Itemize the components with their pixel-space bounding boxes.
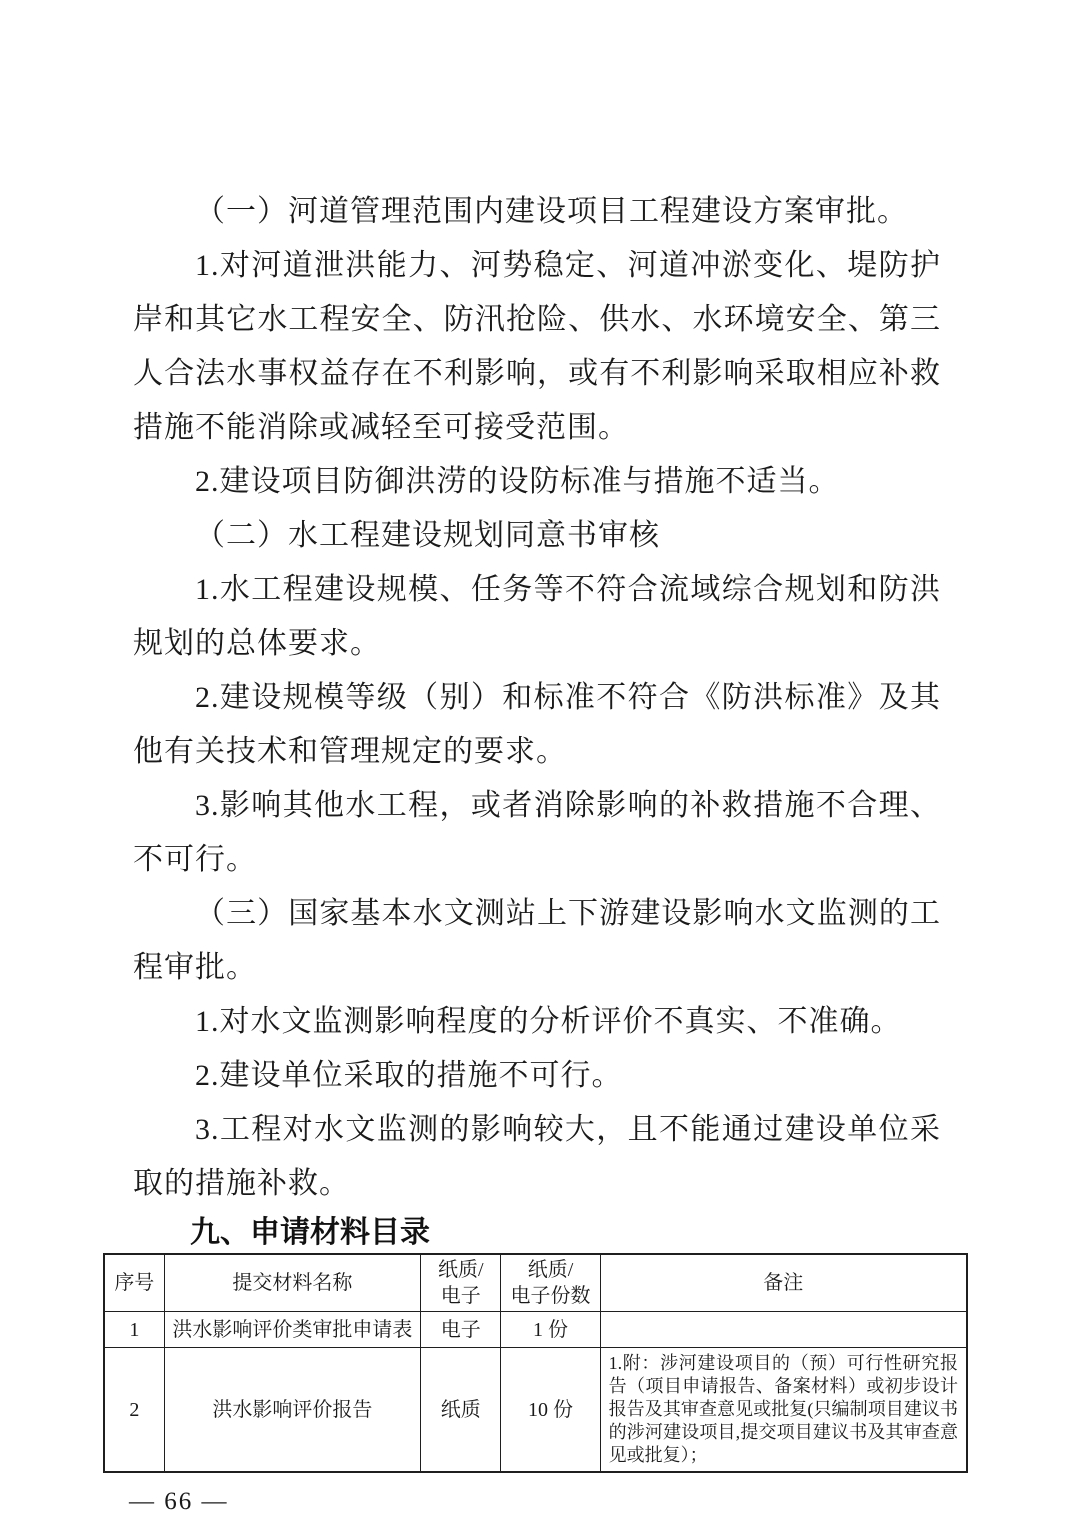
cell-copies: 10 份 <box>501 1348 600 1473</box>
body-paragraph: 3.工程对水文监测的影响较大，且不能通过建设单位采取的措施补救。 <box>133 1103 941 1211</box>
body-paragraph: 2.建设规模等级（别）和标准不符合《防洪标准》及其他有关技术和管理规定的要求。 <box>133 671 941 779</box>
body-paragraph: （一）河道管理范围内建设项目工程建设方案审批。 <box>133 185 941 239</box>
body-paragraph: 2.建设项目防御洪涝的设防标准与措施不适当。 <box>133 455 941 509</box>
header-copies: 纸质/ 电子份数 <box>501 1254 600 1312</box>
cell-material-name: 洪水影响评价类审批申请表 <box>164 1312 421 1348</box>
body-paragraph: （三）国家基本水文测站上下游建设影响水文监测的工程审批。 <box>133 887 941 995</box>
table-header-row: 序号 提交材料名称 纸质/ 电子 纸质/ 电子份数 备注 <box>104 1254 967 1312</box>
cell-medium: 纸质 <box>421 1348 501 1473</box>
body-paragraph: 1.对水文监测影响程度的分析评价不真实、不准确。 <box>133 995 941 1049</box>
cell-serial-number: 2 <box>104 1348 164 1473</box>
header-serial-number: 序号 <box>104 1254 164 1312</box>
body-paragraph: 3.影响其他水工程，或者消除影响的补救措施不合理、不可行。 <box>133 779 941 887</box>
document-page: （一）河道管理范围内建设项目工程建设方案审批。 1.对河道泄洪能力、河势稳定、河… <box>0 0 1075 1519</box>
page-content: （一）河道管理范围内建设项目工程建设方案审批。 1.对河道泄洪能力、河势稳定、河… <box>0 0 1075 1517</box>
body-paragraph: 2.建设单位采取的措施不可行。 <box>133 1049 941 1103</box>
body-paragraph: 1.水工程建设规模、任务等不符合流域综合规划和防洪规划的总体要求。 <box>133 563 941 671</box>
header-material-name: 提交材料名称 <box>164 1254 421 1312</box>
cell-remarks <box>600 1312 967 1348</box>
section-heading-materials-list: 九、申请材料目录 <box>190 1211 941 1253</box>
body-paragraph: （二）水工程建设规划同意书审核 <box>133 509 941 563</box>
body-paragraph: 1.对河道泄洪能力、河势稳定、河道冲淤变化、堤防护岸和其它水工程安全、防汛抢险、… <box>133 239 941 455</box>
table-row: 1 洪水影响评价类审批申请表 电子 1 份 <box>104 1312 967 1348</box>
cell-material-name: 洪水影响评价报告 <box>164 1348 421 1473</box>
header-remarks: 备注 <box>600 1254 967 1312</box>
page-number: — 66 — <box>129 1487 941 1517</box>
cell-medium: 电子 <box>421 1312 501 1348</box>
cell-copies: 1 份 <box>501 1312 600 1348</box>
table-row: 2 洪水影响评价报告 纸质 10 份 1.附：涉河建设项目的（预）可行性研究报告… <box>104 1348 967 1473</box>
cell-remarks: 1.附：涉河建设项目的（预）可行性研究报告（项目申请报告、备案材料）或初步设计报… <box>600 1348 967 1473</box>
cell-serial-number: 1 <box>104 1312 164 1348</box>
header-medium: 纸质/ 电子 <box>421 1254 501 1312</box>
materials-table: 序号 提交材料名称 纸质/ 电子 纸质/ 电子份数 备注 1 洪水影响评价类审批… <box>103 1253 968 1473</box>
